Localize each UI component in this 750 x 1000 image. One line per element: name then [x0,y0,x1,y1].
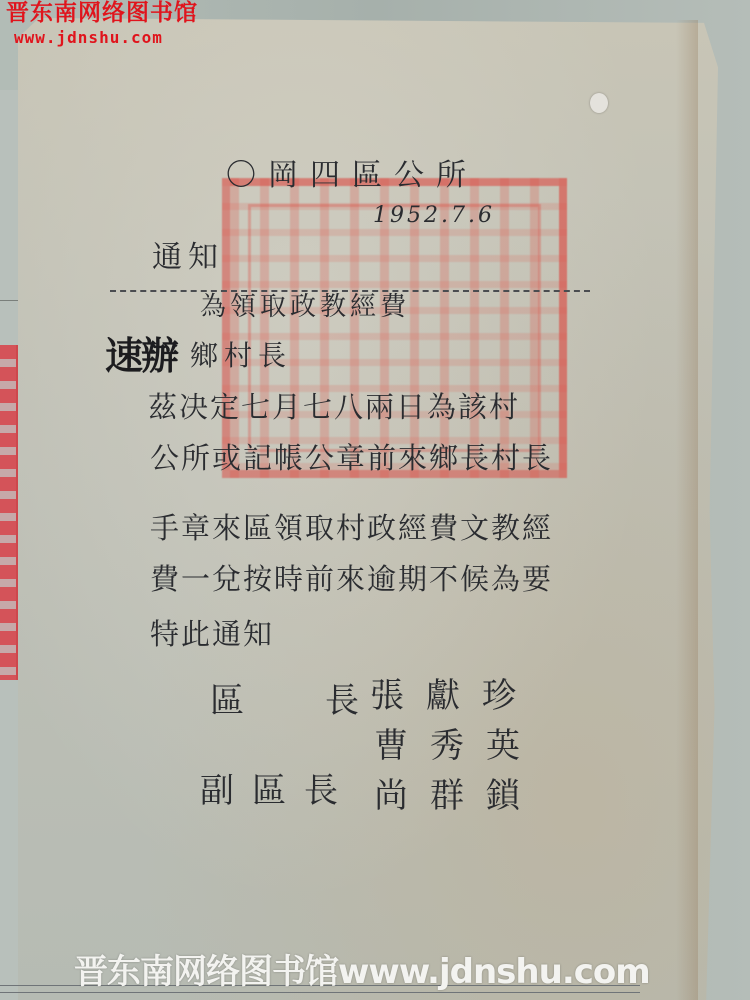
chief-title-second-char: 長 [325,673,365,722]
marginal-mark: 速辦 [105,325,177,380]
underlying-red-stamp [0,345,19,680]
watermark-site-name: 晋东南网络图书馆 [6,2,198,25]
document-subject: 為領取政教經費 [200,286,410,323]
watermark-bottom: 晋东南网络图书馆www.jdnshu.com [74,955,650,989]
body-line: 公所或記帳公章前來鄉長村長 [150,436,553,477]
body-line: 費一兌按時前來逾期不候為要 [150,557,553,598]
paper-stained-edge [676,20,698,1000]
chief-name: 曹秀英 [374,718,542,767]
body-line: 茲决定七月七八兩日為該村 [148,385,520,426]
deputy-chief-name: 尚群鎖 [374,768,542,817]
document-date: 1952.7.6 [373,203,495,228]
deputy-chief-title: 副區長 [200,763,356,812]
body-line: 特此通知 [150,612,274,653]
document-title: 通知 [152,232,224,276]
chief-title-first-char: 區 [210,673,250,722]
paper-hole [590,93,608,113]
addressee: 鄉村長 [190,334,292,374]
body-line: 手章來區領取村政經費文教經 [150,506,553,547]
chief-name: 張獻珍 [370,668,538,717]
issuer-header: 〇岡四區公所 [226,150,478,194]
watermark-top: 晋东南网络图书馆 www.jdnshu.com [6,2,198,46]
watermark-site-url: www.jdnshu.com [6,30,198,46]
